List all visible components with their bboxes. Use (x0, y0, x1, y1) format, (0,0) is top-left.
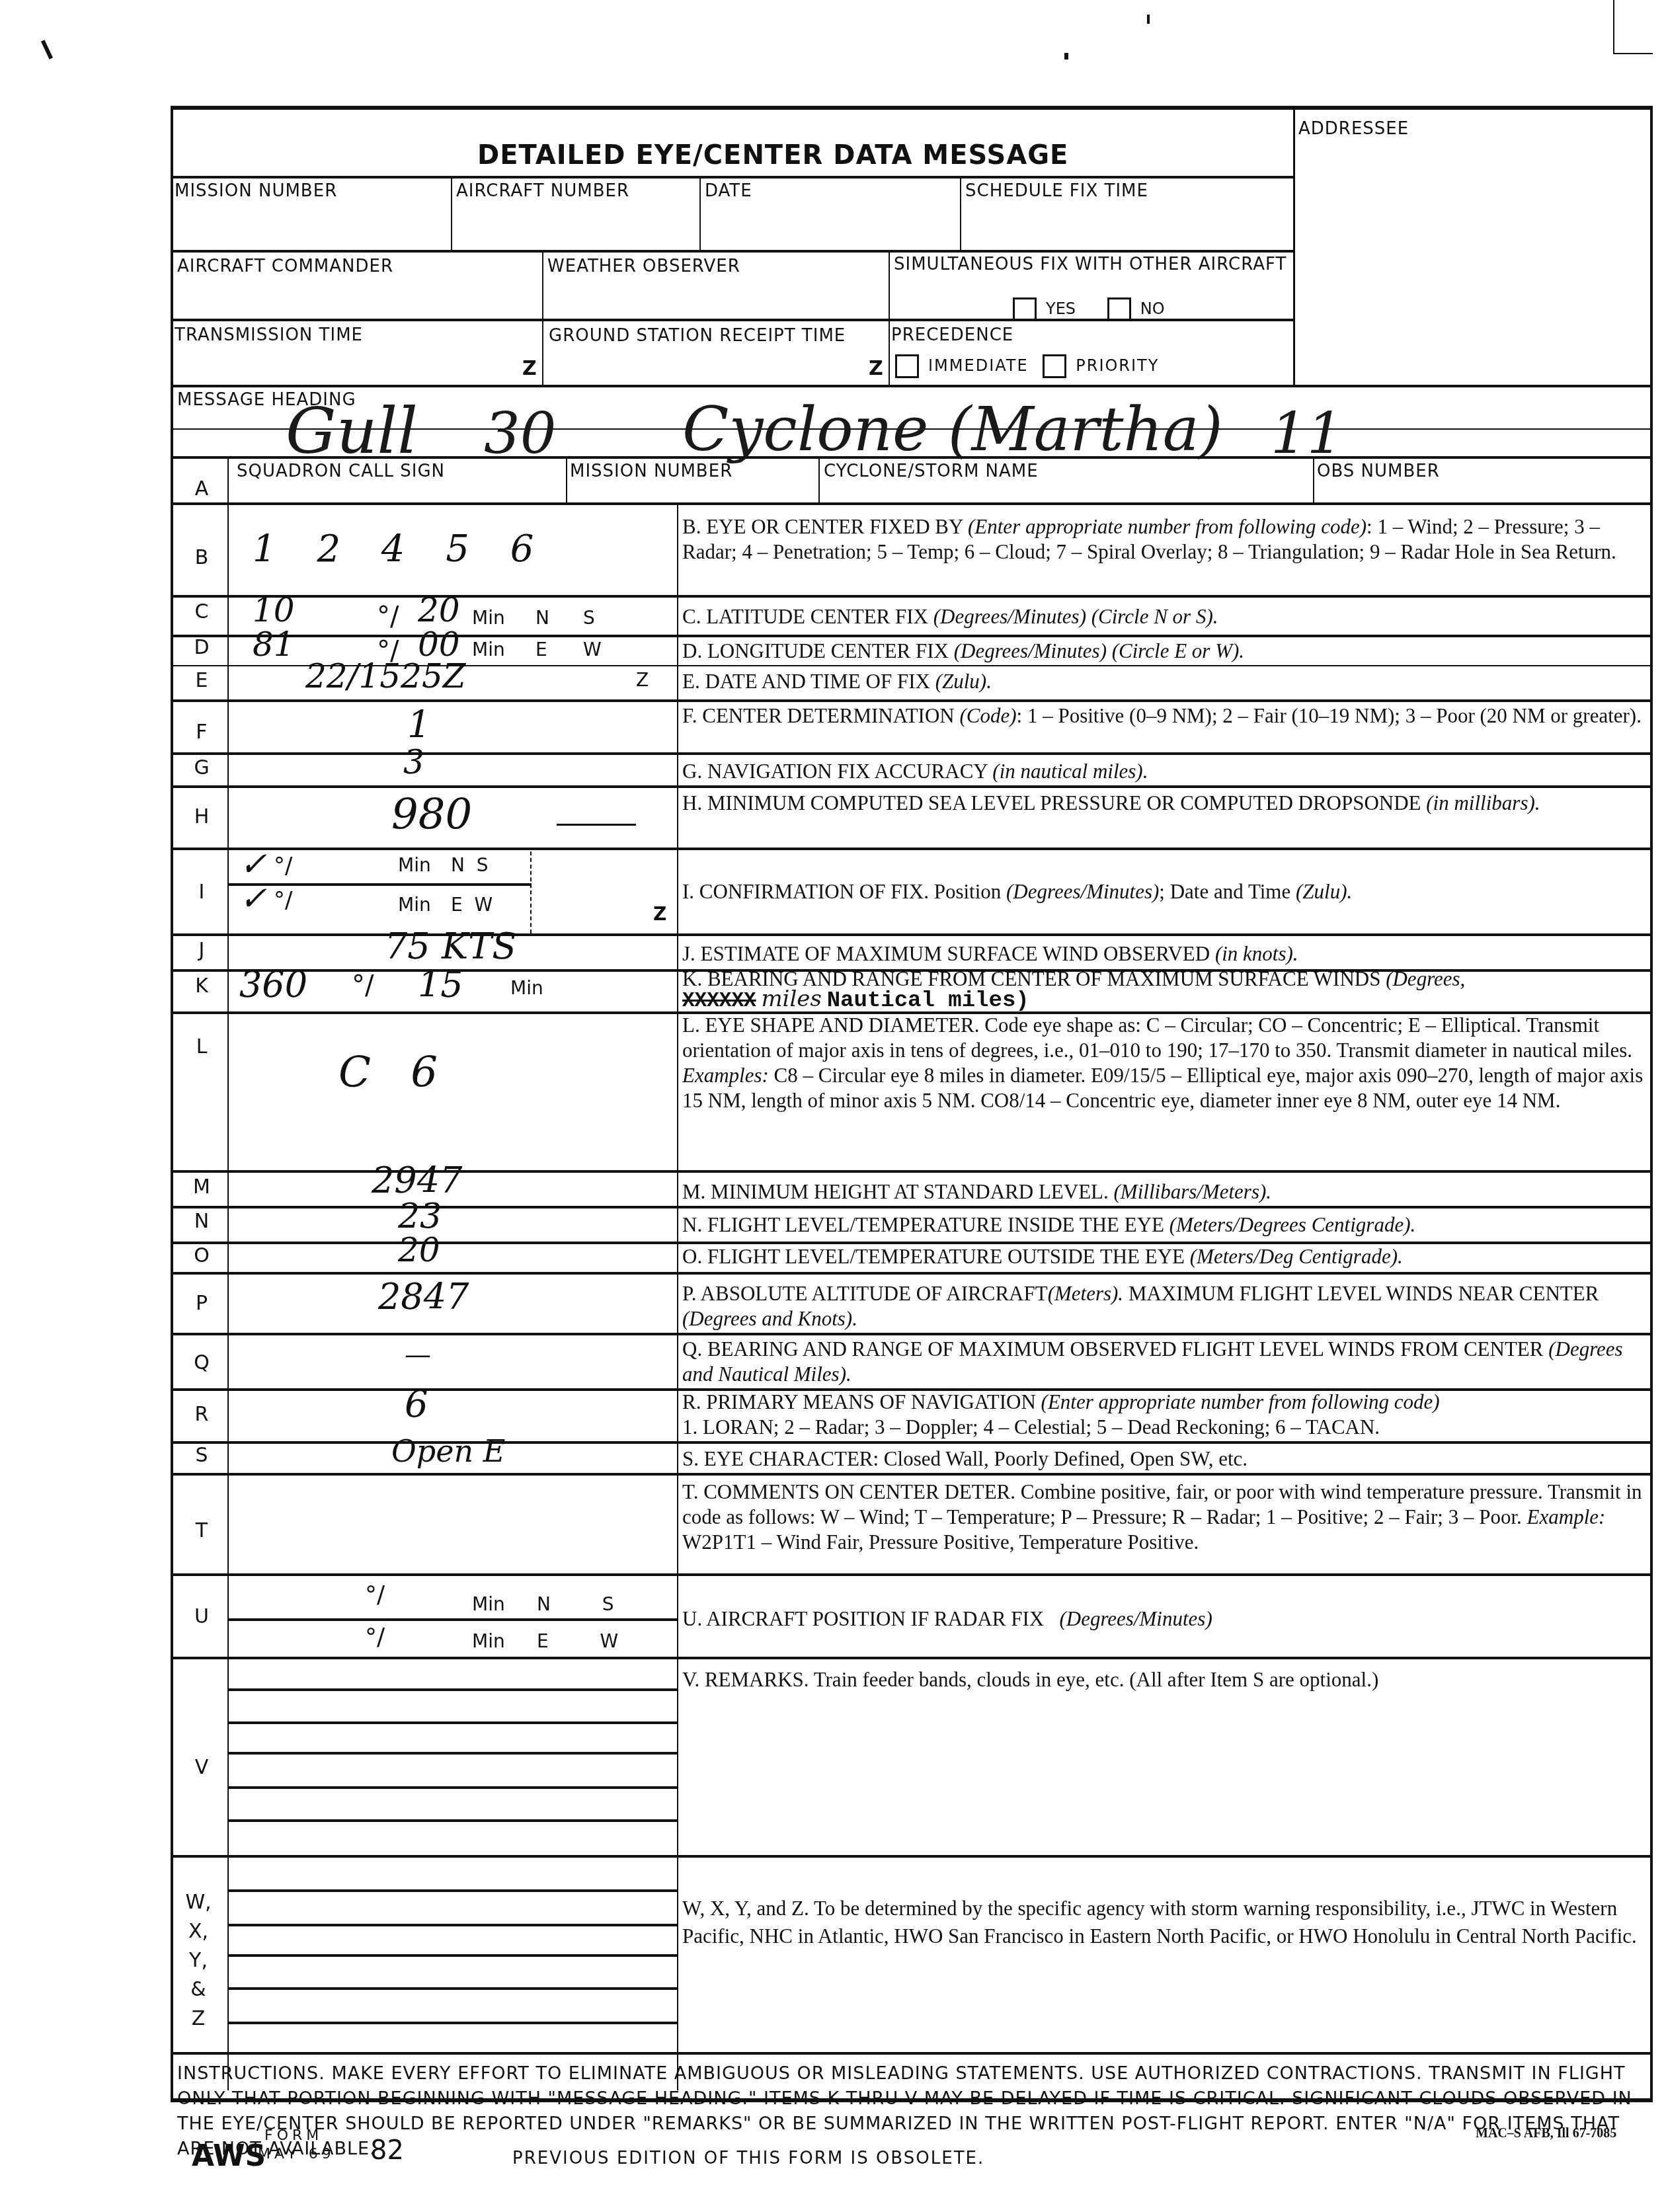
eye-center-data-form: DETAILED EYE/CENTER DATA MESSAGE ADDRESS… (171, 106, 1653, 2102)
item-i-lat-min: Min (398, 854, 431, 876)
item-i-lat-check[interactable]: ✓ (239, 845, 267, 883)
item-p-value[interactable]: 2847 (378, 1276, 469, 1318)
item-l-description: L. EYE SHAPE AND DIAMETER. Code eye shap… (682, 1013, 1647, 1113)
item-d-description: D. LONGITUDE CENTER FIX (Degrees/Minutes… (682, 639, 1647, 664)
item-k-degrees[interactable]: 360 (239, 964, 307, 1006)
footer-obsolete-notice: PREVIOUS EDITION OF THIS FORM IS OBSOLET… (512, 2149, 984, 2168)
item-c-dir-s: S (583, 607, 595, 629)
item-k-description: K. BEARING AND RANGE FROM CENTER OF MAXI… (682, 969, 1647, 1011)
row-letter-i: I (173, 881, 230, 904)
item-c-degrees[interactable]: 10 (253, 591, 295, 629)
row-letter-m: M (173, 1175, 230, 1199)
item-c-deg-sym: °/ (377, 602, 399, 632)
transmission-z: Z (522, 357, 537, 380)
item-q-value[interactable]: — (405, 1339, 431, 1370)
row-letter-r: R (173, 1403, 230, 1426)
item-c-min-label: Min (472, 607, 505, 629)
row-letter-a: A (173, 477, 230, 500)
precedence-label: PRECEDENCE (891, 325, 1013, 345)
item-u-lat-min: Min (472, 1593, 505, 1615)
item-d-degrees[interactable]: 81 (253, 625, 295, 664)
row-letter-h: H (173, 805, 230, 828)
heading-storm: Cyclone (Martha) (682, 394, 1223, 465)
item-k-range[interactable]: 15 (418, 964, 463, 1006)
item-m-value[interactable]: 2947 (372, 1160, 462, 1201)
item-g-value[interactable]: 3 (403, 743, 424, 781)
item-e-value[interactable]: 22/1525Z (305, 657, 465, 695)
item-j-value[interactable]: 75 KTS (385, 926, 516, 967)
item-t-description: T. COMMENTS ON CENTER DETER. Combine pos… (682, 1480, 1647, 1555)
simultaneous-fix-options: YES NO (1013, 297, 1165, 321)
item-u-lon-min: Min (472, 1630, 505, 1652)
no-label: NO (1140, 299, 1165, 318)
item-o-description: O. FLIGHT LEVEL/TEMPERATURE OUTSIDE THE … (682, 1244, 1647, 1269)
item-m-description: M. MINIMUM HEIGHT AT STANDARD LEVEL. (Mi… (682, 1179, 1647, 1205)
item-i-lon-check[interactable]: ✓ (239, 879, 267, 918)
schedule-fix-time-label: SCHEDULE FIX TIME (965, 181, 1148, 201)
row-letter-c: C (173, 600, 230, 623)
item-c-dir-n: N (535, 607, 549, 629)
item-k-min-label: Min (510, 977, 543, 999)
item-i-z: Z (653, 903, 666, 925)
item-u-lat-dirs: N S (537, 1593, 614, 1615)
scan-mark (1147, 15, 1150, 24)
ground-station-z: Z (869, 357, 883, 380)
item-o-value[interactable]: 20 (398, 1231, 440, 1269)
immediate-checkbox[interactable] (895, 354, 919, 378)
scan-mark (41, 40, 53, 59)
row-letter-j: J (173, 939, 230, 962)
mission-number-label: MISSION NUMBER (175, 181, 337, 201)
item-b-value[interactable]: 1 2 4 5 6 (253, 528, 548, 571)
item-d-dir-e: E (535, 639, 547, 660)
item-d-min-label: Min (472, 639, 505, 660)
row-letter-t: T (173, 1519, 230, 1542)
addressee-label: ADDRESSEE (1298, 119, 1409, 139)
item-q-description: Q. BEARING AND RANGE OF MAXIMUM OBSERVED… (682, 1337, 1647, 1387)
scan-mark (1064, 53, 1068, 59)
immediate-label: IMMEDIATE (928, 356, 1029, 375)
row-letter-p: P (173, 1292, 230, 1315)
item-n-description: N. FLIGHT LEVEL/TEMPERATURE INSIDE THE E… (682, 1212, 1647, 1238)
row-letter-l: L (173, 1035, 230, 1058)
priority-label: PRIORITY (1076, 356, 1159, 375)
obs-number-label: OBS NUMBER (1317, 461, 1440, 481)
item-f-description: F. CENTER DETERMINATION (Code): 1 – Posi… (682, 703, 1647, 729)
item-f-value[interactable]: 1 (407, 703, 431, 746)
item-b-description: B. EYE OR CENTER FIXED BY (Enter appropr… (682, 514, 1647, 565)
item-u-lon-deg-sym: °/ (365, 1624, 385, 1651)
item-c-minutes[interactable]: 20 (418, 591, 460, 629)
item-e-description: E. DATE AND TIME OF FIX (Zulu). (682, 669, 1647, 694)
item-j-description: J. ESTIMATE OF MAXIMUM SURFACE WIND OBSE… (682, 941, 1647, 967)
date-label: DATE (705, 181, 752, 201)
item-i-description: I. CONFIRMATION OF FIX. Position (Degree… (682, 879, 1647, 904)
aircraft-number-label: AIRCRAFT NUMBER (456, 181, 629, 201)
squadron-call-sign-label: SQUADRON CALL SIGN (237, 461, 445, 481)
item-v-description: V. REMARKS. Train feeder bands, clouds i… (682, 1667, 1647, 1692)
priority-checkbox[interactable] (1043, 354, 1066, 378)
row-letter-q: Q (173, 1351, 230, 1374)
row-letter-b: B (173, 546, 230, 569)
row-a-mission-number-label: MISSION NUMBER (570, 461, 733, 481)
no-checkbox[interactable] (1107, 297, 1131, 321)
item-i-lon-min: Min (398, 894, 431, 916)
row-letter-wxyz: W, X, Y, & Z (185, 1888, 212, 2034)
item-h-description: H. MINIMUM COMPUTED SEA LEVEL PRESSURE O… (682, 791, 1647, 816)
cyclone-storm-name-label: CYCLONE/STORM NAME (824, 461, 1039, 481)
item-h-value[interactable]: 980 (391, 791, 472, 840)
row-letter-o: O (173, 1244, 230, 1267)
footer-form-date: MAY 69 (258, 2146, 335, 2162)
item-d-dir-w: W (583, 639, 602, 660)
item-i-lon-dirs: E W (451, 894, 493, 916)
form-title: DETAILED EYE/CENTER DATA MESSAGE (477, 140, 1068, 171)
scan-mark (1613, 53, 1653, 54)
footer-aws: AWS (192, 2139, 266, 2173)
scan-mark (1613, 0, 1614, 53)
item-u-description: U. AIRCRAFT POSITION IF RADAR FIX (Degre… (682, 1606, 1647, 1632)
item-i-lon-deg-sym: °/ (274, 887, 292, 914)
item-wxyz-description: W, X, Y, and Z. To be determined by the … (682, 1895, 1647, 1950)
item-n-value[interactable]: 23 (398, 1197, 442, 1236)
precedence-options: IMMEDIATE PRIORITY (895, 354, 1159, 378)
item-i-lat-dirs: N S (451, 854, 489, 876)
item-l-value[interactable]: C 6 (338, 1048, 451, 1097)
item-e-z: Z (636, 669, 649, 691)
item-r-description: R. PRIMARY MEANS OF NAVIGATION (Enter ap… (682, 1390, 1647, 1440)
row-letter-f: F (173, 721, 230, 744)
row-letter-v: V (173, 1756, 230, 1779)
aircraft-commander-label: AIRCRAFT COMMANDER (177, 257, 393, 276)
footer-printer: MAC–S AFB, Ill 67-7085 (1476, 2126, 1616, 2141)
footer-form-label: FORM (264, 2127, 323, 2144)
item-s-description: S. EYE CHARACTER: Closed Wall, Poorly De… (682, 1446, 1647, 1472)
simultaneous-fix-label: SIMULTANEOUS FIX WITH OTHER AIRCRAFT (894, 254, 1290, 275)
item-i-lat-deg-sym: °/ (274, 853, 292, 879)
item-g-description: G. NAVIGATION FIX ACCURACY (in nautical … (682, 759, 1647, 784)
item-r-value[interactable]: 6 (405, 1383, 428, 1426)
row-letter-d: D (173, 636, 230, 659)
yes-checkbox[interactable] (1013, 297, 1037, 321)
item-p-description: P. ABSOLUTE ALTITUDE OF AIRCRAFT(Meters)… (682, 1281, 1647, 1331)
ground-station-label: GROUND STATION RECEIPT TIME (549, 325, 853, 346)
footer-form-number: 82 (370, 2135, 404, 2166)
item-k-deg-sym: °/ (352, 970, 374, 1001)
item-u-lon-dirs: E W (537, 1630, 618, 1652)
row-letter-u: U (173, 1605, 230, 1628)
row-letter-g: G (173, 756, 230, 779)
yes-label: YES (1046, 299, 1076, 318)
row-letter-k: K (173, 974, 230, 998)
row-letter-n: N (173, 1210, 230, 1233)
item-u-lat-deg-sym: °/ (365, 1581, 385, 1608)
item-s-value[interactable]: Open E (391, 1433, 505, 1469)
item-c-description: C. LATITUDE CENTER FIX (Degrees/Minutes)… (682, 604, 1647, 629)
item-h-dash (557, 824, 636, 826)
row-letter-e: E (173, 669, 230, 692)
weather-observer-label: WEATHER OBSERVER (547, 257, 740, 276)
transmission-time-label: TRANSMISSION TIME (175, 325, 363, 345)
row-letter-s: S (173, 1444, 230, 1467)
